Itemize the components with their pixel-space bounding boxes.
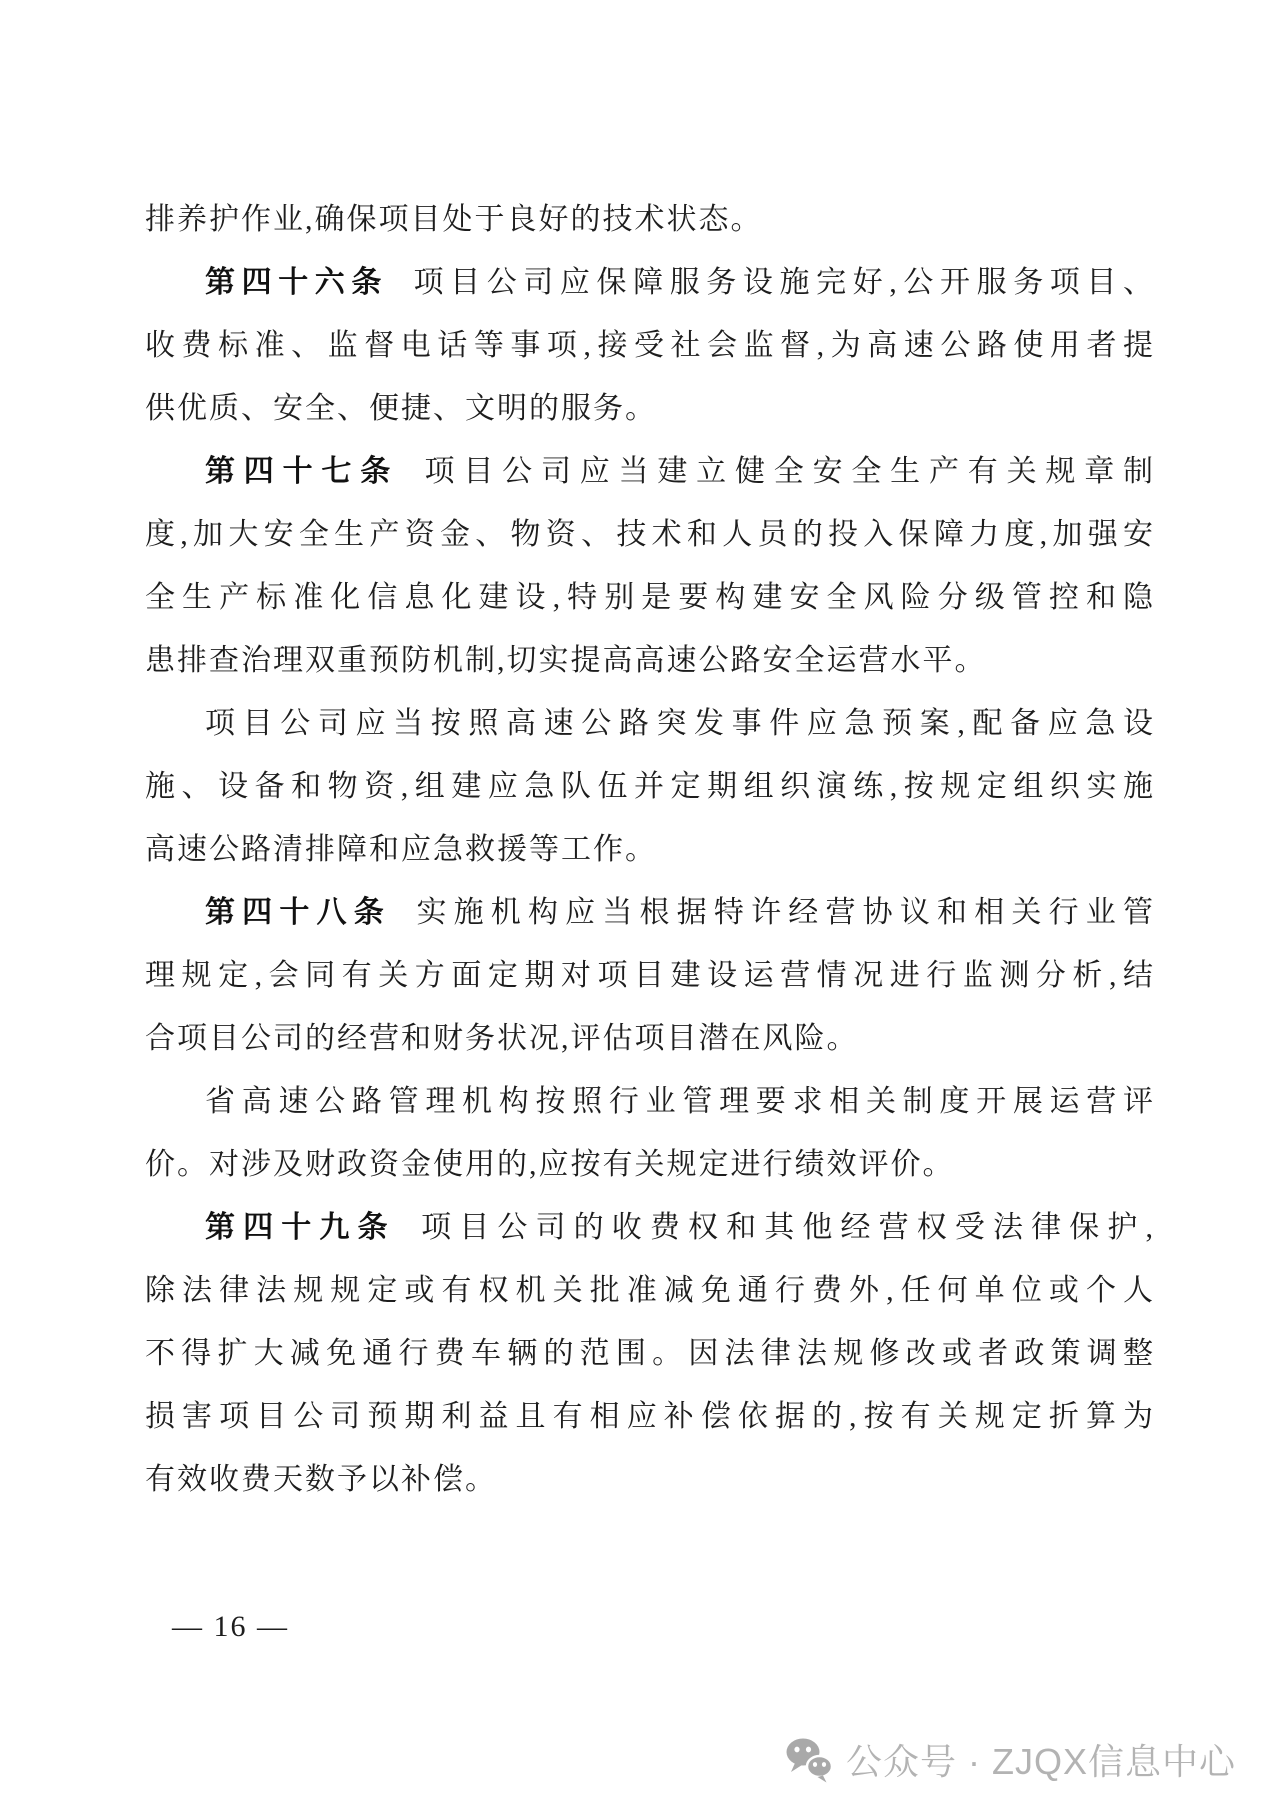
- line-text: 全生产标准化信息化建设,特别是要构建安全风险分级管控和隐: [145, 581, 1155, 614]
- document-body: 排养护作业,确保项目处于良好的技术状态。第四十六条项目公司应保障服务设施完好,公…: [145, 188, 1155, 1511]
- footer-watermark: 公众号 · ZJQX信息中心: [784, 1734, 1236, 1785]
- line-text: 有效收费天数予以补偿。: [145, 1463, 497, 1496]
- line-text: 理规定,会同有关方面定期对项目建设运营情况进行监测分析,结: [145, 959, 1155, 992]
- text-line: 第四十八条实施机构应当根据特许经营协议和相关行业管: [145, 881, 1155, 944]
- text-line: 项目公司应当按照高速公路突发事件应急预案,配备应急设: [145, 692, 1155, 755]
- text-line: 第四十七条项目公司应当建立健全安全生产有关规章制: [145, 440, 1155, 503]
- text-line: 供优质、安全、便捷、文明的服务。: [145, 377, 1155, 440]
- text-line: 省高速公路管理机构按照行业管理要求相关制度开展运营评: [145, 1070, 1155, 1133]
- text-line: 有效收费天数予以补偿。: [145, 1448, 1155, 1511]
- line-text: 项目公司的收费权和其他经营权受法律保护,: [421, 1211, 1155, 1244]
- line-text: 不得扩大减免通行费车辆的范围。因法律法规修改或者政策调整: [145, 1337, 1155, 1370]
- text-line: 患排查治理双重预防机制,切实提高高速公路安全运营水平。: [145, 629, 1155, 692]
- line-text: 损害项目公司预期利益且有相应补偿依据的,按有关规定折算为: [145, 1400, 1155, 1433]
- line-text: 合项目公司的经营和财务状况,评估项目潜在风险。: [145, 1022, 859, 1055]
- text-line: 价。对涉及财政资金使用的,应按有关规定进行绩效评价。: [145, 1133, 1155, 1196]
- article-number: 第四十九条: [205, 1211, 396, 1244]
- page-number: — 16 —: [172, 1607, 289, 1647]
- line-text: 项目公司应保障服务设施完好,公开服务项目、: [414, 266, 1156, 299]
- text-line: 合项目公司的经营和财务状况,评估项目潜在风险。: [145, 1007, 1155, 1070]
- watermark-text: 公众号 · ZJQX信息中心: [846, 1734, 1236, 1785]
- line-text: 项目公司应当按照高速公路突发事件应急预案,配备应急设: [205, 707, 1155, 740]
- article-number: 第四十六条: [205, 266, 388, 299]
- line-text: 项目公司应当建立健全安全生产有关规章制: [425, 455, 1155, 488]
- text-line: 高速公路清排障和应急救援等工作。: [145, 818, 1155, 881]
- text-line: 不得扩大减免通行费车辆的范围。因法律法规修改或者政策调整: [145, 1322, 1155, 1385]
- article-number: 第四十七条: [205, 455, 399, 488]
- text-line: 全生产标准化信息化建设,特别是要构建安全风险分级管控和隐: [145, 566, 1155, 629]
- document-page: 排养护作业,确保项目处于良好的技术状态。第四十六条项目公司应保障服务设施完好,公…: [0, 0, 1280, 1810]
- text-line: 度,加大安全生产资金、物资、技术和人员的投入保障力度,加强安: [145, 503, 1155, 566]
- article-number: 第四十八条: [205, 896, 391, 929]
- line-text: 供优质、安全、便捷、文明的服务。: [145, 392, 657, 425]
- text-line: 第四十九条项目公司的收费权和其他经营权受法律保护,: [145, 1196, 1155, 1259]
- line-text: 除法律法规规定或有权机关批准减免通行费外,任何单位或个人: [145, 1274, 1155, 1307]
- text-line: 第四十六条项目公司应保障服务设施完好,公开服务项目、: [145, 251, 1155, 314]
- text-line: 理规定,会同有关方面定期对项目建设运营情况进行监测分析,结: [145, 944, 1155, 1007]
- text-line: 施、设备和物资,组建应急队伍并定期组织演练,按规定组织实施: [145, 755, 1155, 818]
- line-text: 价。对涉及财政资金使用的,应按有关规定进行绩效评价。: [145, 1148, 955, 1181]
- line-text: 度,加大安全生产资金、物资、技术和人员的投入保障力度,加强安: [145, 518, 1155, 551]
- line-text: 实施机构应当根据特许经营协议和相关行业管: [416, 896, 1155, 929]
- wechat-icon: [784, 1737, 834, 1783]
- line-text: 排养护作业,确保项目处于良好的技术状态。: [145, 203, 763, 236]
- text-line: 排养护作业,确保项目处于良好的技术状态。: [145, 188, 1155, 251]
- text-line: 收费标准、监督电话等事项,接受社会监督,为高速公路使用者提: [145, 314, 1155, 377]
- line-text: 高速公路清排障和应急救援等工作。: [145, 833, 657, 866]
- line-text: 省高速公路管理机构按照行业管理要求相关制度开展运营评: [205, 1085, 1155, 1118]
- text-line: 除法律法规规定或有权机关批准减免通行费外,任何单位或个人: [145, 1259, 1155, 1322]
- line-text: 患排查治理双重预防机制,切实提高高速公路安全运营水平。: [145, 644, 987, 677]
- line-text: 收费标准、监督电话等事项,接受社会监督,为高速公路使用者提: [145, 329, 1155, 362]
- text-line: 损害项目公司预期利益且有相应补偿依据的,按有关规定折算为: [145, 1385, 1155, 1448]
- line-text: 施、设备和物资,组建应急队伍并定期组织演练,按规定组织实施: [145, 770, 1155, 803]
